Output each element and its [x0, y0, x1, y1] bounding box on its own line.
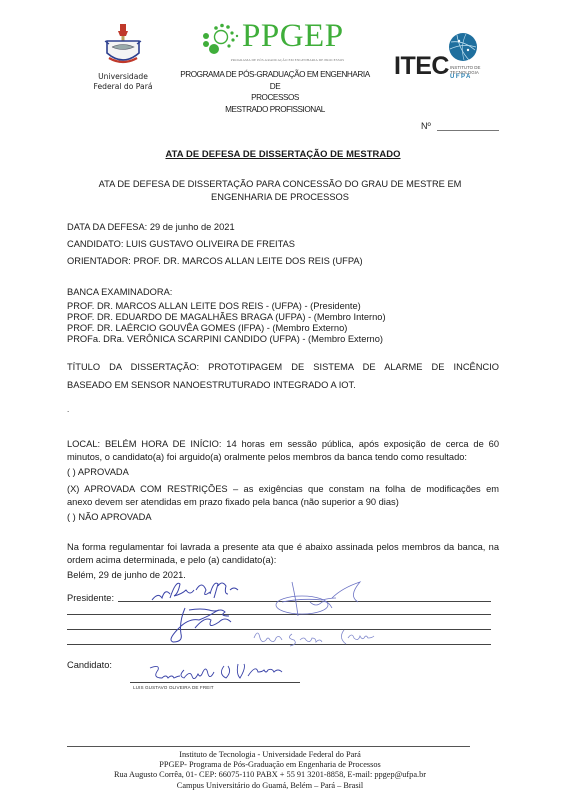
committee-member: PROF. DR. MARCOS ALLAN LEITE DOS REIS - …	[67, 301, 386, 312]
result-approved: ( ) APROVADA	[67, 466, 129, 478]
university-logo: Universidade Federal do Pará	[92, 22, 154, 92]
signature-line-candidate	[130, 682, 300, 683]
itec-logo: ITEC INSTITUTO DE TECNOLOGIA UFPA	[392, 28, 512, 83]
document-title: ATA DE DEFESA DE DISSERTAÇÃO DE MESTRADO	[0, 148, 566, 159]
signature-member-2	[262, 580, 382, 620]
president-label: Presidente:	[67, 592, 114, 604]
signature-candidate	[148, 660, 288, 682]
ufpa-crest-icon	[101, 22, 145, 70]
committee-member: PROF. DR. EDUARDO DE MAGALHÃES BRAGA (UF…	[67, 312, 386, 323]
candidate-name: CANDIDATO: LUIS GUSTAVO OLIVEIRA DE FREI…	[67, 238, 295, 250]
document-number-label: Nº	[421, 121, 431, 131]
ppgep-tagline: PROGRAMA DE PÓS-GRADUAÇÃO EM ENGENHARIA …	[200, 58, 375, 62]
committee-label: BANCA EXAMINADORA:	[67, 286, 172, 298]
program-name: PROGRAMA DE PÓS-GRADUAÇÃO EM ENGENHARIA …	[175, 69, 375, 115]
defense-date: DATA DA DEFESA: 29 de junho de 2021	[67, 221, 235, 233]
document-number-field	[437, 130, 499, 131]
candidate-label: Candidato:	[67, 659, 112, 671]
session-description: LOCAL: BELÉM HORA DE INÍCIO: 14 horas em…	[67, 438, 499, 464]
candidate-printed-name: LUIS GUSTAVO OLIVEIRA DE FREIT	[133, 685, 214, 690]
result-not-approved: ( ) NÃO APROVADA	[67, 511, 152, 523]
signature-member-4	[252, 626, 412, 648]
stray-dot: .	[67, 404, 69, 416]
itec-wordmark: ITEC	[394, 53, 449, 79]
result-approved-with-restrictions: (X) APROVADA COM RESTRIÇÕES – as exigênc…	[67, 483, 499, 509]
document-subtitle: ATA DE DEFESA DE DISSERTAÇÃO PARA CONCES…	[80, 178, 480, 203]
molecule-dots-icon	[200, 22, 242, 56]
advisor-name: ORIENTADOR: PROF. DR. MARCOS ALLAN LEITE…	[67, 255, 363, 267]
committee-member: PROF. DR. LAÉRCIO GOUVÊA GOMES (IFPA) - …	[67, 323, 386, 334]
committee-member: PROFa. DRa. VERÔNICA SCARPINI CANDIDO (U…	[67, 334, 386, 345]
university-name: Universidade Federal do Pará	[92, 72, 154, 92]
itec-subtitle: INSTITUTO DE TECNOLOGIA UFPA	[450, 65, 480, 81]
ppgep-wordmark: PPGEP	[242, 18, 344, 54]
globe-icon	[448, 32, 478, 62]
footer: Instituto de Tecnologia - Universidade F…	[60, 750, 480, 791]
closing-statement: Na forma regulamentar foi lavrada a pres…	[67, 541, 499, 567]
signature-member-3	[165, 604, 245, 646]
thesis-title: TÍTULO DA DISSERTAÇÃO: PROTOTIPAGEM DE S…	[67, 358, 499, 394]
footer-divider	[67, 746, 470, 747]
committee-list: PROF. DR. MARCOS ALLAN LEITE DOS REIS - …	[67, 301, 386, 345]
